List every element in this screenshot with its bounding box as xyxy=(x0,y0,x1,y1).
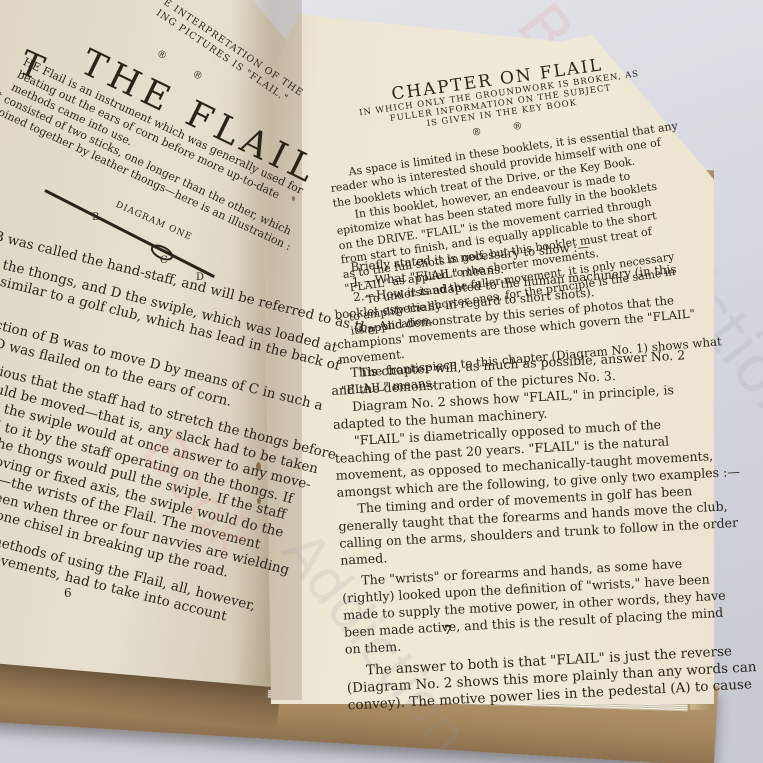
right-page-number: 7 xyxy=(444,623,452,637)
left-page-number: 6 xyxy=(64,586,72,600)
diagram-label-b: B xyxy=(92,212,99,223)
right-lower-text: This chapter will, as much as possible, … xyxy=(330,348,678,715)
diagram-label-c: C xyxy=(160,255,168,266)
